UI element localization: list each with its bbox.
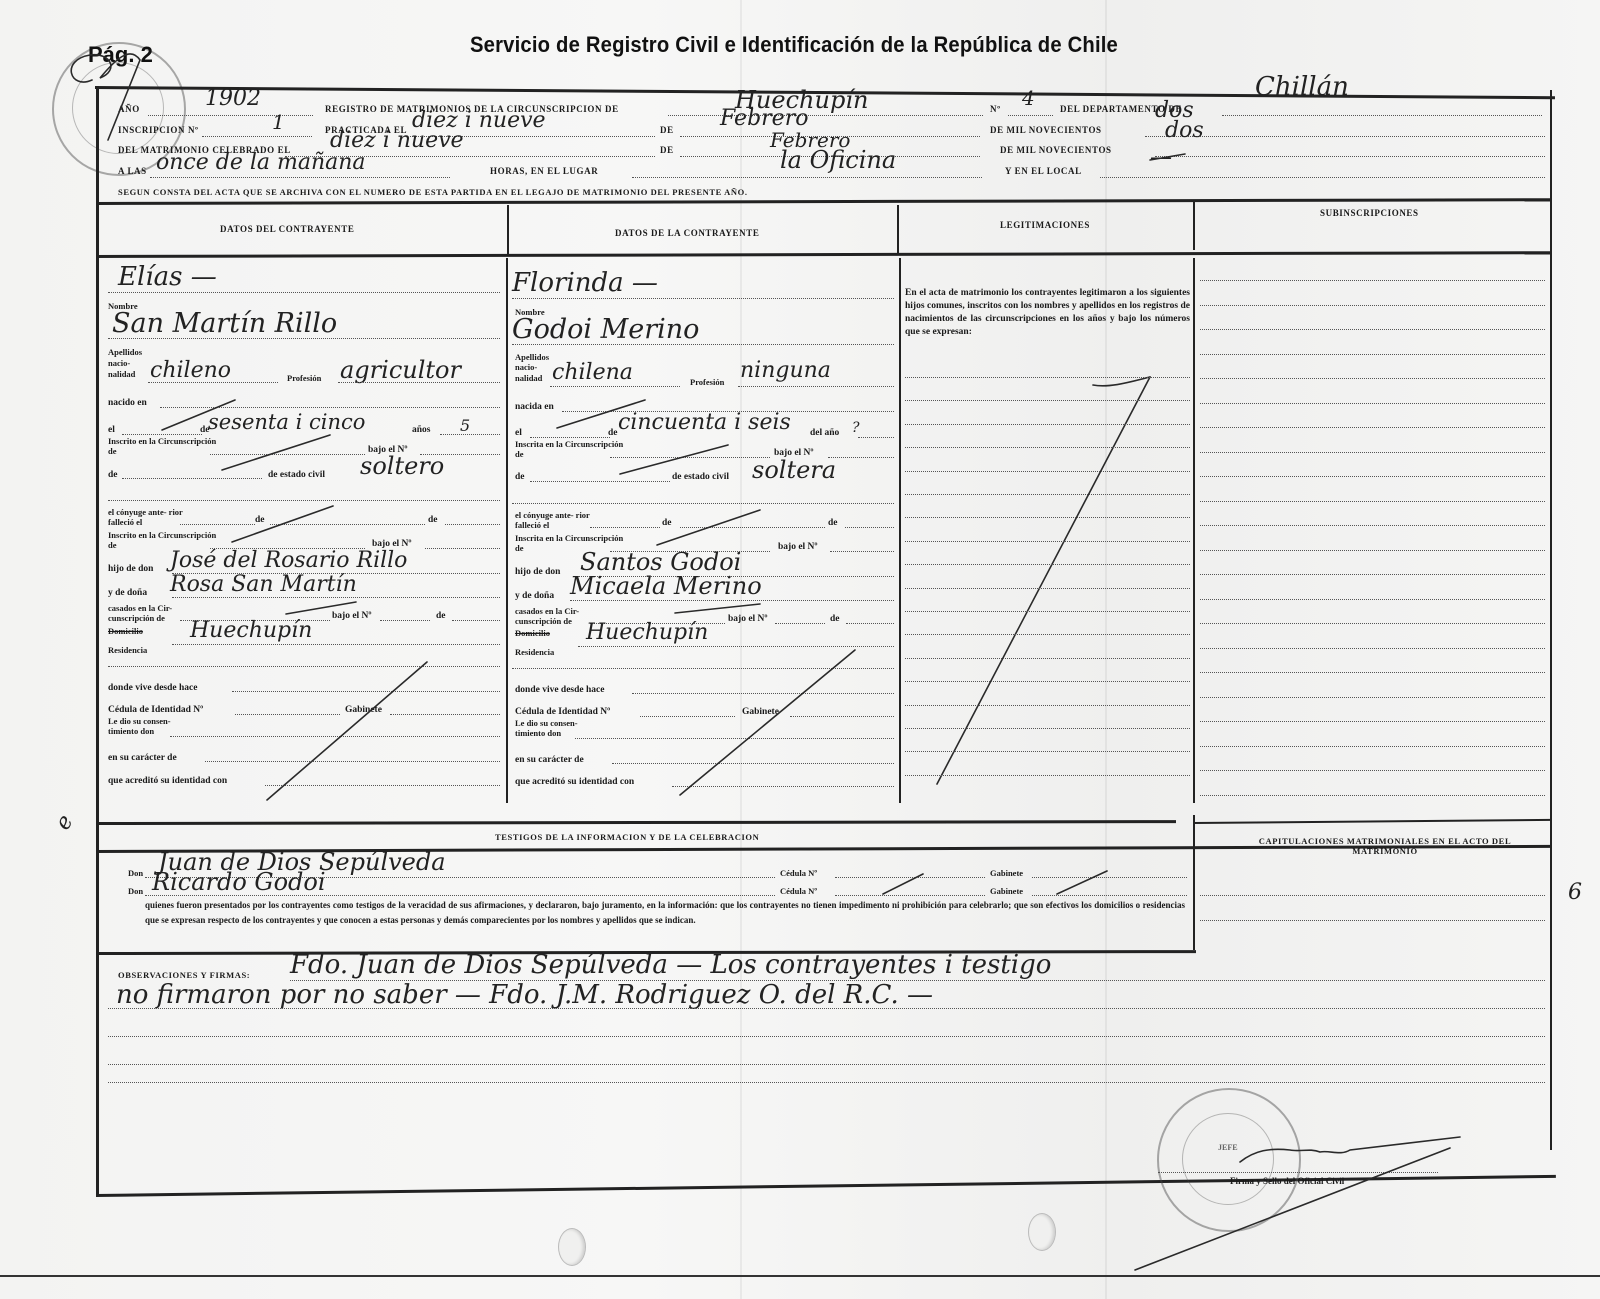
field-line [1200, 280, 1545, 281]
field-line [905, 634, 1190, 635]
field-line [1200, 746, 1545, 747]
field-line [905, 658, 1190, 659]
field-line [1200, 721, 1545, 722]
field-line [1200, 550, 1545, 551]
field-line [1200, 770, 1545, 771]
field-line [905, 681, 1190, 682]
field-line [1200, 501, 1545, 502]
field-line [905, 751, 1190, 752]
field-line [905, 517, 1190, 518]
field-line [905, 541, 1190, 542]
field-line [905, 588, 1190, 589]
field-line [1200, 403, 1545, 404]
field-line [1200, 648, 1545, 649]
field-line [905, 564, 1190, 565]
field-line [905, 424, 1190, 425]
field-line [905, 471, 1190, 472]
field-line [1200, 599, 1545, 600]
field-line [1200, 525, 1545, 526]
field-line [1200, 305, 1545, 306]
field-line [905, 728, 1190, 729]
field-line [1200, 378, 1545, 379]
field-line [1200, 452, 1545, 453]
field-line [1200, 795, 1545, 796]
field-line [905, 705, 1190, 706]
pen-strokes [0, 0, 1600, 1299]
field-line [1200, 623, 1545, 624]
field-line [905, 611, 1190, 612]
field-line [905, 377, 1190, 378]
field-line [1200, 354, 1545, 355]
field-line [1200, 697, 1545, 698]
field-line [1200, 329, 1545, 330]
field-line [1200, 574, 1545, 575]
field-line [1200, 672, 1545, 673]
field-line [1200, 427, 1545, 428]
field-line [1200, 476, 1545, 477]
document-page: Pág. 2 Servicio de Registro Civil e Iden… [0, 0, 1600, 1299]
field-line [905, 775, 1190, 776]
field-line [905, 447, 1190, 448]
field-line [905, 494, 1190, 495]
field-line [905, 400, 1190, 401]
